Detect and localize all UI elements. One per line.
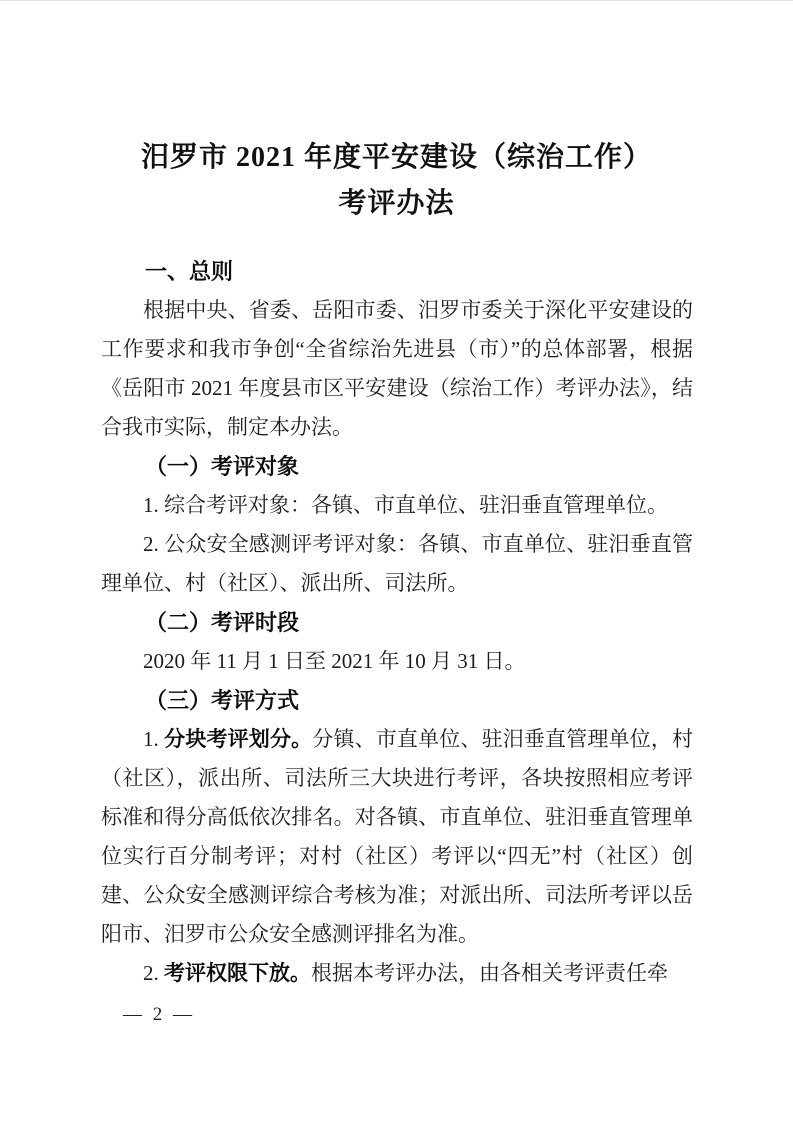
paragraph: 根据中央、省委、岳阳市委、汨罗市委关于深化平安建设的工作要求和我市争创“全省综治…: [101, 291, 693, 447]
paragraph: 2020 年 11 月 1 日至 2021 年 10 月 31 日。: [101, 642, 693, 681]
paragraph-text: 根据本考评办法，由各相关考评责任牵: [311, 961, 668, 985]
paragraph-bold-lead: 分块考评划分。: [164, 728, 312, 751]
section-heading: （三）考评方式: [101, 681, 693, 720]
paragraph-text: 2020 年 11 月 1 日至 2021 年 10 月 31 日。: [143, 649, 525, 673]
section-heading: 一、总则: [101, 252, 693, 291]
document-title-line-1: 汨罗市 2021 年度平安建设（综治工作）: [0, 135, 793, 181]
document-body: 一、总则根据中央、省委、岳阳市委、汨罗市委关于深化平安建设的工作要求和我市争创“…: [101, 252, 693, 993]
paragraph-number: 1.: [143, 727, 164, 751]
paragraph: 2. 公众安全感测评考评对象：各镇、市直单位、驻汨垂直管理单位、村（社区）、派出…: [101, 525, 693, 603]
paragraph: 1. 综合考评对象：各镇、市直单位、驻汨垂直管理单位。: [101, 486, 693, 525]
paragraph-number: 2.: [143, 961, 164, 985]
section-heading-text: （三）考评方式: [145, 688, 299, 713]
paragraph-text: 1. 综合考评对象：各镇、市直单位、驻汨垂直管理单位。: [143, 493, 668, 517]
document-title-line-2: 考评办法: [0, 181, 793, 227]
paragraph: 2. 考评权限下放。根据本考评办法，由各相关考评责任牵: [101, 954, 693, 993]
page-number: — 2 —: [123, 1004, 195, 1026]
section-heading: （一）考评对象: [101, 447, 693, 486]
document-title: 汨罗市 2021 年度平安建设（综治工作） 考评办法: [0, 135, 793, 227]
section-heading-text: （一）考评对象: [145, 454, 299, 479]
paragraph-bold-lead: 考评权限下放。: [164, 962, 311, 985]
document-page: 汨罗市 2021 年度平安建设（综治工作） 考评办法 一、总则根据中央、省委、岳…: [0, 0, 793, 1122]
section-heading-text: （二）考评时段: [145, 610, 299, 635]
paragraph-text: 分镇、市直单位、驻汨垂直管理单位，村（社区），派出所、司法所三大块进行考评，各块…: [101, 727, 693, 946]
section-heading: （二）考评时段: [101, 603, 693, 642]
paragraph-text: 根据中央、省委、岳阳市委、汨罗市委关于深化平安建设的工作要求和我市争创“全省综治…: [101, 298, 693, 439]
paragraph-text: 2. 公众安全感测评考评对象：各镇、市直单位、驻汨垂直管理单位、村（社区）、派出…: [101, 532, 693, 595]
paragraph: 1. 分块考评划分。分镇、市直单位、驻汨垂直管理单位，村（社区），派出所、司法所…: [101, 720, 693, 954]
section-heading-text: 一、总则: [145, 259, 233, 284]
